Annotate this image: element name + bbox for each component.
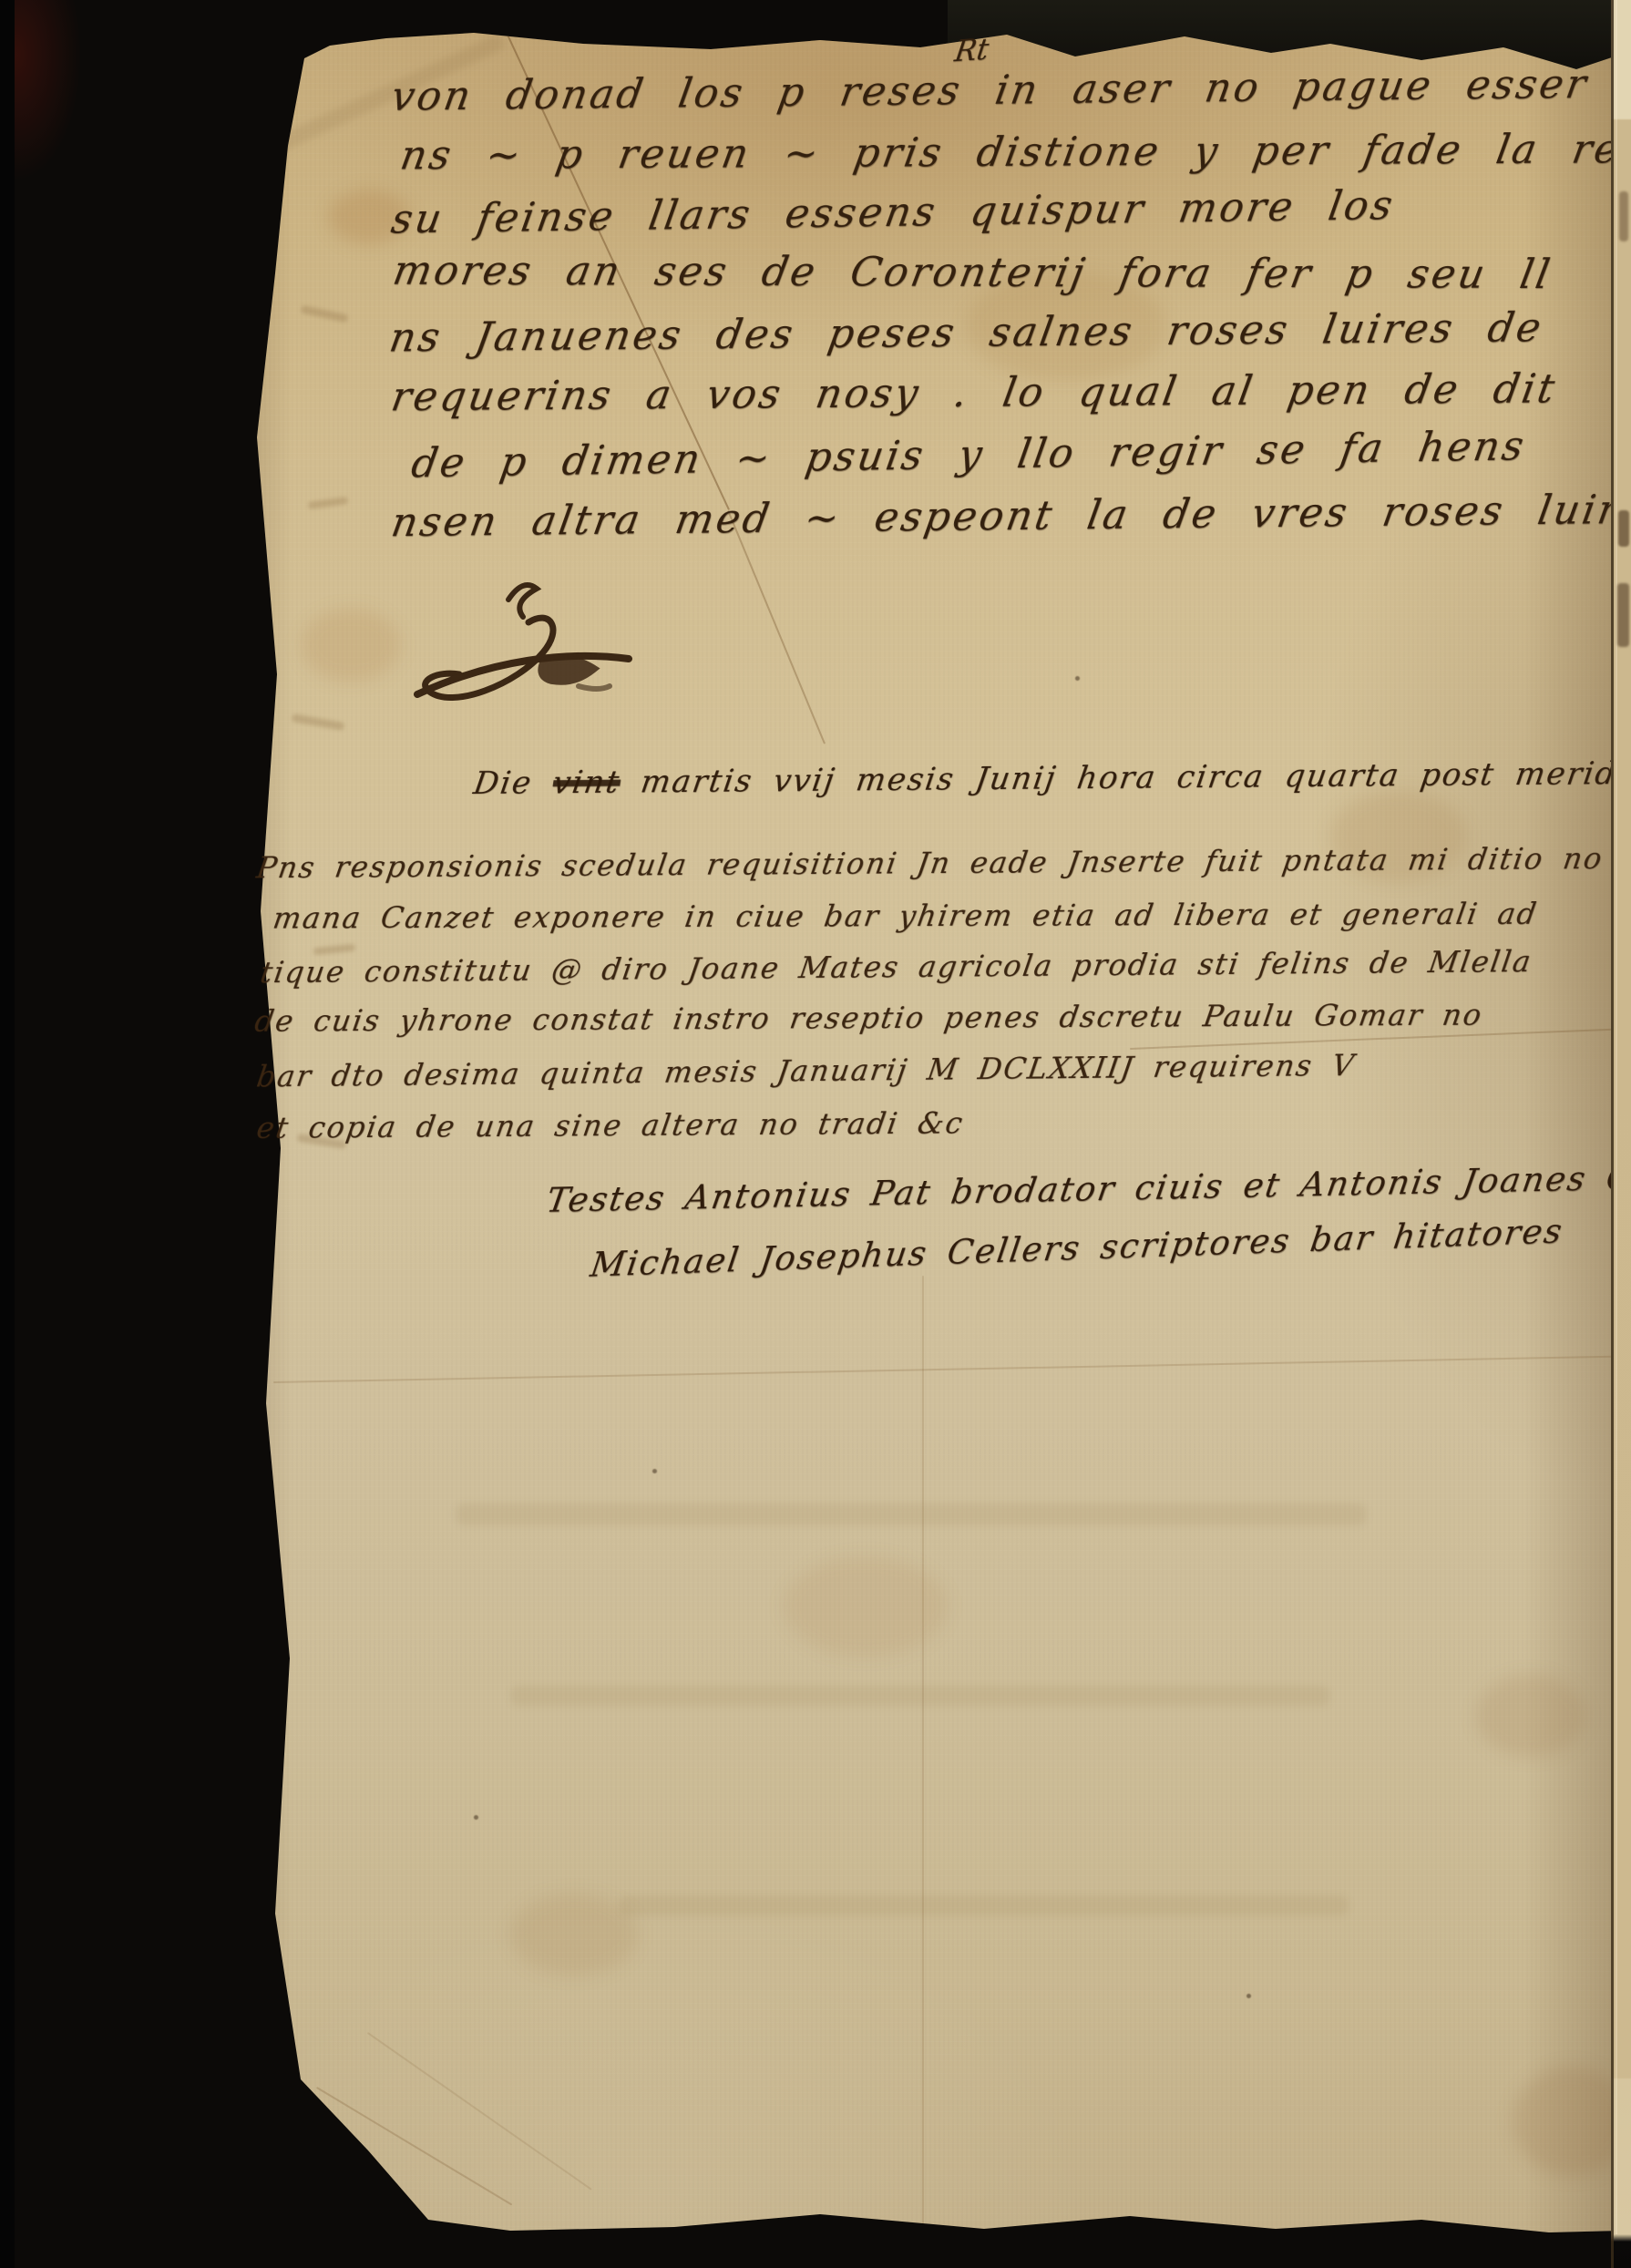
manuscript-scan: Rt von donad los p reses in aser no pagu… (0, 0, 1631, 2268)
handwritten-line: mores an ses de Coronterij fora fer p se… (389, 248, 1555, 298)
date-struck-word: vint (550, 764, 623, 801)
date-prefix: Die (471, 765, 535, 802)
handwritten-line: requerins a vos nosy . lo qual al pen de… (388, 366, 1561, 421)
handwritten-line: ns Januenes des peses salnes roses luire… (386, 304, 1547, 361)
handwritten-line: de cuis yhrone constat instro reseptio p… (252, 997, 1485, 1038)
handwritten-line: nsen altra med ~ espeont la de vres rose… (388, 487, 1631, 547)
handwritten-line: bar dto desima quinta mesis Januarij M D… (254, 1048, 1358, 1094)
page-edge-highlight (1616, 0, 1617, 2234)
handwritten-line: von donad los p reses in aser no pague e… (388, 61, 1592, 120)
adjacent-page-ink-mark (1619, 191, 1628, 241)
handwritten-line: ns ~ p reuen ~ pris distione y per fade … (397, 126, 1626, 179)
handwritten-line: de p dimen ~ psuis y llo regir se fa hen… (408, 423, 1529, 487)
notary-paraph-flourish (392, 572, 651, 732)
date-line: Die vint martis vvij mesis Junij hora ci… (471, 754, 1631, 802)
superscript-note: Rt (952, 31, 990, 68)
adjacent-page-ink-mark (1618, 510, 1629, 547)
handwritten-line: et copia de una sine altera no tradi &c (254, 1105, 967, 1144)
adjacent-page-edge (1611, 0, 1631, 2268)
handwritten-line: mana Canzet exponere in ciue bar yhirem … (271, 897, 1540, 936)
handwriting-layer: Rt von donad los p reses in aser no pagu… (0, 0, 1631, 2268)
handwritten-line: tique constitutu @ diro Joane Mates agri… (258, 944, 1534, 990)
witness-line: Michael Josephus Cellers scriptores bar … (588, 1211, 1565, 1285)
handwritten-line: su feinse llars essens quispur more los (388, 182, 1399, 242)
handwritten-line: Pns responsionis scedula requisitioni Jn… (254, 841, 1605, 885)
date-rest: martis vvij mesis Junij hora circa quart… (639, 754, 1631, 800)
witness-line: Testes Antonius Pat brodator ciuis et An… (544, 1155, 1631, 1220)
adjacent-page-ink-mark (1617, 583, 1629, 647)
